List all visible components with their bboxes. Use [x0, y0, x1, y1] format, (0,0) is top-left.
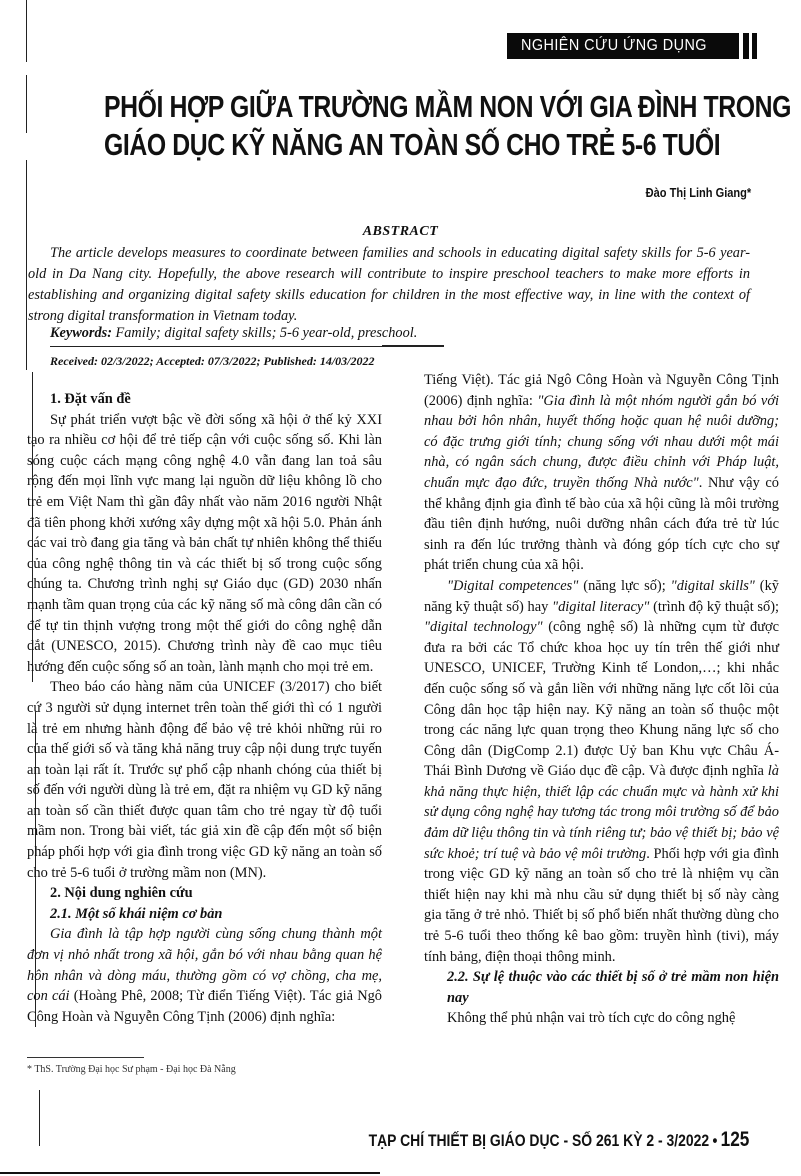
- margin-line: [26, 0, 27, 62]
- journal-name: TẠP CHÍ THIẾT BỊ GIÁO DỤC - SỐ 261 KỲ 2 …: [368, 1131, 709, 1150]
- keywords-value: Family; digital safety skills; 5-6 year-…: [116, 325, 418, 341]
- text: (công nghệ số) là những cụm từ được đưa …: [424, 619, 779, 779]
- margin-line: [39, 1090, 40, 1146]
- margin-line: [26, 160, 27, 370]
- journal-footer: TẠP CHÍ THIẾT BỊ GIÁO DỤC - SỐ 261 KỲ 2 …: [368, 1128, 749, 1152]
- paragraph: Không thể phủ nhận vai trò tích cực do c…: [424, 1008, 779, 1029]
- body-column-right: Tiếng Việt). Tác giả Ngô Công Hoàn và Ng…: [424, 370, 779, 1029]
- section-label: NGHIÊN CỨU ỨNG DỤNG: [521, 37, 707, 55]
- section-1-heading: 1. Đặt vấn đề: [27, 389, 382, 410]
- abstract-heading: ABSTRACT: [0, 224, 801, 240]
- text: . Phối hợp với gia đình trong việc GD kỹ…: [424, 846, 779, 965]
- term-italic: "digital skills": [671, 578, 755, 594]
- title-line-2: GIÁO DỤC KỸ NĂNG AN TOÀN SỐ CHO TRẺ 5-6 …: [104, 126, 696, 164]
- paragraph: "Digital competences" (năng lực số); "di…: [424, 576, 779, 967]
- publication-dates: Received: 02/3/2022; Accepted: 07/3/2022…: [50, 354, 375, 369]
- band-bar-decoration: [752, 33, 757, 59]
- section-band: NGHIÊN CỨU ỨNG DỤNG: [507, 33, 739, 59]
- term-italic: "digital literacy": [552, 599, 649, 615]
- bottom-rule: [0, 1172, 380, 1174]
- abstract-text: The article develops measures to coordin…: [28, 243, 750, 327]
- section-2-heading: 2. Nội dung nghiên cứu: [27, 883, 382, 904]
- citation-text: (Hoàng Phê, 2008; Từ điển Tiếng Việt). T…: [27, 988, 382, 1025]
- section-2-1-heading: 2.1. Một số khái niệm cơ bản: [27, 904, 382, 925]
- term-italic: "digital technology": [424, 619, 543, 635]
- margin-line: [26, 75, 27, 133]
- footnote-divider: [27, 1057, 144, 1058]
- article-title: PHỐI HỢP GIỮA TRƯỜNG MẦM NON VỚI GIA ĐÌN…: [104, 88, 696, 164]
- keywords: Keywords: Family; digital safety skills;…: [50, 325, 417, 342]
- paragraph-continued: Tiếng Việt). Tác giả Ngô Công Hoàn và Ng…: [424, 370, 779, 576]
- author-footnote: * ThS. Trường Đại học Sư phạm - Đại học …: [27, 1064, 236, 1075]
- paragraph: Sự phát triển vượt bậc về đời sống xã hộ…: [27, 410, 382, 678]
- page-number: 125: [720, 1128, 749, 1151]
- term-italic: "Digital competences": [447, 578, 578, 594]
- paragraph: Gia đình là tập hợp người cùng sống chun…: [27, 924, 382, 1027]
- title-line-1: PHỐI HỢP GIỮA TRƯỜNG MẦM NON VỚI GIA ĐÌN…: [104, 88, 696, 126]
- body-column-left: 1. Đặt vấn đề Sự phát triển vượt bậc về …: [27, 389, 382, 1027]
- bullet-separator: •: [712, 1131, 717, 1150]
- paragraph: Theo báo cáo hàng năm của UNICEF (3/2017…: [27, 677, 382, 883]
- keywords-label: Keywords:: [50, 325, 112, 341]
- text: (năng lực số);: [578, 578, 670, 594]
- section-2-2-heading: 2.2. Sự lệ thuộc vào các thiết bị số ở t…: [424, 967, 779, 1008]
- author-name: Đào Thị Linh Giang*: [645, 185, 751, 200]
- band-bar-decoration: [743, 33, 749, 59]
- text: (trình độ kỹ thuật số);: [649, 599, 779, 615]
- divider-accent: [382, 345, 444, 347]
